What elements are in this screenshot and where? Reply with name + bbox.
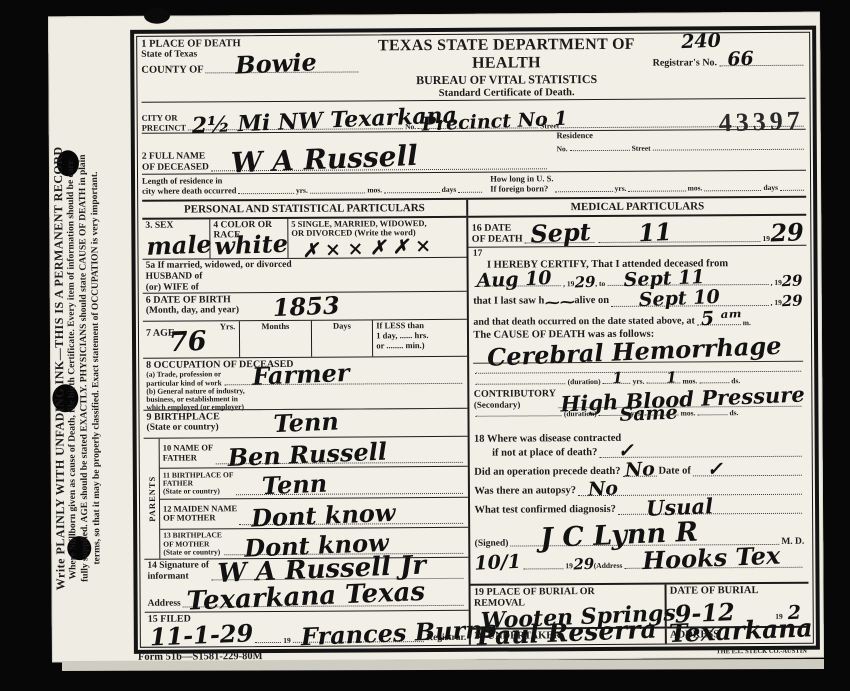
county-value: Bowie	[235, 52, 317, 76]
of-deceased-label: OF DECEASED	[142, 162, 209, 173]
alive-on-label: alive on	[574, 294, 609, 308]
handwritten-annotation: 240	[681, 33, 721, 51]
dod-month: Sept	[530, 222, 591, 245]
full-name-label: 2 FULL NAME	[142, 152, 209, 163]
mother-value: Dont know	[251, 502, 396, 528]
attended-to-year: 29	[782, 274, 803, 288]
informant-address-label: Address	[148, 599, 181, 610]
medical-column: 16 DATE OF DEATH Sept 11 19 29 17 I HERE…	[469, 215, 809, 645]
foreign-born-label: If foreign born?	[490, 184, 553, 194]
signed-label: (Signed)	[475, 538, 509, 549]
informant-address-value: Texarkana Texas	[186, 581, 425, 613]
informant-label: informant	[147, 572, 209, 583]
residence-no-label: No.	[557, 145, 568, 153]
duration-mos-value: 1	[666, 371, 677, 384]
contributory-block: (duration) 1 yrs. 1 mos. ds. CONTRIBUTOR…	[470, 375, 808, 431]
scanned-paper: Write PLAINLY WITH UNFADING INK—THIS IS …	[48, 12, 824, 663]
mother-bp-label3: (State or country)	[163, 548, 222, 557]
contributory-label: CONTRIBUTORY	[474, 388, 556, 400]
margin-instructions: Write PLAINLY WITH UNFADING INK—THIS IS …	[50, 70, 134, 666]
precinct-label: PRECINCT	[142, 123, 186, 133]
parents-vertical-label: PARENTS	[146, 476, 156, 522]
race-value: white	[214, 234, 288, 257]
mos-label: mos.	[688, 185, 703, 193]
father-bp-value: Tenn	[261, 474, 327, 497]
ink-smudge	[144, 8, 170, 24]
dob-value: 1853	[272, 295, 340, 318]
age-value: 76	[169, 331, 207, 355]
days-label: days	[763, 184, 778, 192]
attended-from-year: 29	[574, 275, 595, 289]
date-of-checkmark: ✓	[706, 461, 723, 478]
father-label2: FATHER	[163, 453, 214, 463]
days-label: Days	[315, 321, 370, 331]
medical-section-title: MEDICAL PARTICULARS	[469, 197, 807, 215]
personal-section-title: PERSONAL AND STATISTICAL PARTICULARS	[142, 199, 468, 217]
undertaker-address-value: Texarkana	[669, 617, 814, 644]
death-occurred-label: and that death occurred on the date stat…	[473, 314, 695, 329]
personal-column: 3. SEX male 4 COLOR OR RACE white 5 SING…	[142, 217, 471, 646]
test-confirmed-label: What test confirmed diagnosis?	[474, 503, 616, 518]
father-value: Ben Russell	[227, 442, 387, 469]
physician-signed-block: (Signed) J C Lynn R M. D. 10/1 19 29 (Ad…	[471, 527, 809, 585]
standard-certificate-label: Standard Certificate of Death.	[361, 87, 653, 100]
test-value: Usual	[646, 497, 714, 518]
certificate-number-stamp: 43397	[718, 106, 804, 139]
dod-year: 29	[770, 222, 804, 244]
attended-to-date: Sept 11	[623, 269, 705, 288]
contracted-checkmark: ✓	[617, 442, 634, 459]
undertaker-value: Paul Reserra	[477, 618, 658, 647]
last-saw-year: 29	[782, 294, 803, 308]
last-saw-scribble: ⁓⁓	[544, 295, 574, 309]
date-of-death-label: 16 DATE	[472, 222, 523, 234]
registrar-no-label: Registrar's No.	[653, 57, 718, 68]
sign-date-value: 10/1	[474, 554, 521, 572]
if-not-at-place-label: if not at place of death?	[492, 446, 597, 461]
sign-year-value: 29	[573, 558, 594, 572]
registrar-no-value: 66	[727, 50, 754, 67]
disease-questions-block: 18 Where was disease contracted if not a…	[470, 429, 808, 529]
physician-address-value: Hooks Tex	[642, 546, 781, 572]
last-saw-label: that I last saw h	[473, 295, 544, 310]
to-label: , to	[595, 280, 605, 288]
mos-label: mos.	[367, 187, 382, 195]
if-less-label3: or ........ min.)	[376, 340, 464, 350]
header-row: 1 PLACE OF DEATH State of Texas COUNTY O…	[141, 35, 805, 103]
comma-19: , 19	[771, 299, 782, 307]
death-time-value: 5 ᵃᵐ	[700, 309, 742, 327]
address-paren-label: (Address	[594, 562, 623, 570]
yrs-label: yrs.	[296, 187, 308, 195]
autopsy-label: Was there an autopsy?	[474, 484, 576, 499]
occupation-value: Farmer	[251, 363, 349, 387]
department-title: TEXAS STATE DEPARTMENT OF HEALTH	[360, 36, 652, 74]
printer-credit: THE E.L. STECK CO.-AUSTIN	[716, 648, 807, 656]
nineteen-label: 19	[283, 637, 291, 645]
registrar-signature: Frances Burns	[300, 619, 496, 647]
yrs-label: yrs.	[615, 185, 627, 193]
secondary-label: (Secondary)	[474, 400, 556, 411]
attended-from-date: Aug 10	[477, 270, 553, 289]
length-residence-label2: city where death occurred	[142, 186, 236, 196]
age-yrs-label: Yrs.	[220, 322, 235, 332]
yrs-label: yrs.	[633, 377, 645, 385]
nineteen-label: 19	[762, 235, 770, 243]
autopsy-value: No	[588, 480, 619, 497]
comma-19: , 19	[563, 280, 574, 288]
signature-of-label: 14 Signature of	[147, 561, 209, 572]
certification-block: 17 I HEREBY CERTIFY, That I attended dec…	[469, 245, 807, 377]
father-bp-label3: (State or country)	[163, 487, 234, 496]
months-label: Months	[243, 322, 307, 332]
full-name-value: W A Russell	[230, 144, 418, 175]
md-label: M. D.	[781, 536, 804, 547]
dod-day: 11	[638, 222, 672, 244]
last-saw-date: Sept 10	[639, 289, 721, 308]
comma-19: , 19	[771, 279, 782, 287]
nineteen-label: 19	[565, 563, 573, 571]
mother-label2: OF MOTHER	[163, 514, 237, 524]
mos-label: mos.	[682, 377, 697, 385]
duration-label: (duration)	[568, 378, 601, 386]
sex-value: male	[146, 235, 212, 258]
where-contracted-label: 18 Where was disease contracted	[474, 431, 621, 446]
date-of-burial-label: DATE OF BURIAL	[670, 584, 806, 597]
certificate-frame: 43397 1 PLACE OF DEATH State of Texas CO…	[130, 26, 820, 654]
duration-yrs-value: 1	[612, 372, 623, 385]
operation-value: No	[624, 461, 655, 478]
marital-value: ✗ × × ✗ ✗ ×	[302, 237, 431, 258]
ds-label: ds.	[729, 409, 738, 417]
city-precinct-row: CITY OR PRECINCT 2½ Mi NW Texarkana No. …	[142, 99, 806, 134]
residence-street-label: Street	[632, 144, 651, 152]
m-label: m.	[743, 319, 751, 327]
birthplace-value: Tenn	[273, 411, 339, 434]
date-of-death-label2: OF DEATH	[472, 234, 523, 246]
filed-date-value: 11-1-29	[149, 623, 253, 648]
county-label: COUNTY OF	[141, 64, 203, 75]
certificate-body: 43397 1 PLACE OF DEATH State of Texas CO…	[136, 32, 814, 648]
date-of-label: Date of	[658, 464, 690, 478]
days-label: days	[442, 186, 457, 194]
precinct-value: Precinct No 1	[422, 111, 568, 133]
parents-block: PARENTS 10 NAME OFFATHER Ben Russell 11 …	[144, 437, 469, 560]
